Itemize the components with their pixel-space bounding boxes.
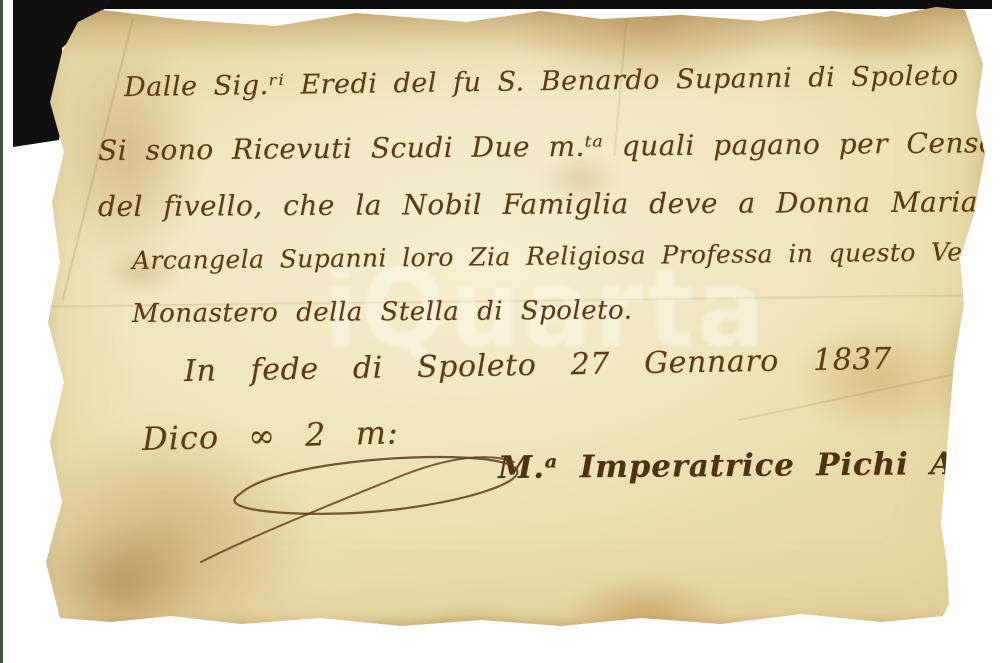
manuscript-line-5: Monastero della Stella di Spoleto. [132, 296, 633, 329]
signature-line: M.ᵃ Imperatrice Pichi Abb.ᵃ [498, 445, 1000, 486]
paper-bottom-edge-shade [36, 616, 992, 638]
manuscript-line-4: Arcangela Supanni loro Zia Religiosa Pro… [132, 237, 988, 275]
stain [566, 576, 726, 656]
scanner-edge-line [0, 0, 3, 663]
stain [792, 320, 962, 436]
manuscript-line-3: del fivello, che la Nobil Famiglia deve … [98, 185, 978, 223]
stain [406, 608, 536, 654]
paper-top-stain-band [36, 4, 992, 56]
stain [932, 300, 1000, 450]
manuscript-line-6: In fede di Spoleto 27 Gennaro 1837 [184, 342, 892, 389]
manuscript-paper: iQuarta Dalle Sig.ʳⁱ Eredi del fu S. Ben… [36, 4, 992, 638]
scanner-background-strip [13, 0, 992, 9]
signature-flourish [156, 442, 556, 572]
manuscript-line-1: Dalle Sig.ʳⁱ Eredi del fu S. Benardo Sup… [124, 60, 959, 103]
manuscript-line-2: Si sono Ricevuti Scudi Due m.ᵗᵃ quali pa… [98, 126, 996, 167]
stain [796, 0, 966, 70]
